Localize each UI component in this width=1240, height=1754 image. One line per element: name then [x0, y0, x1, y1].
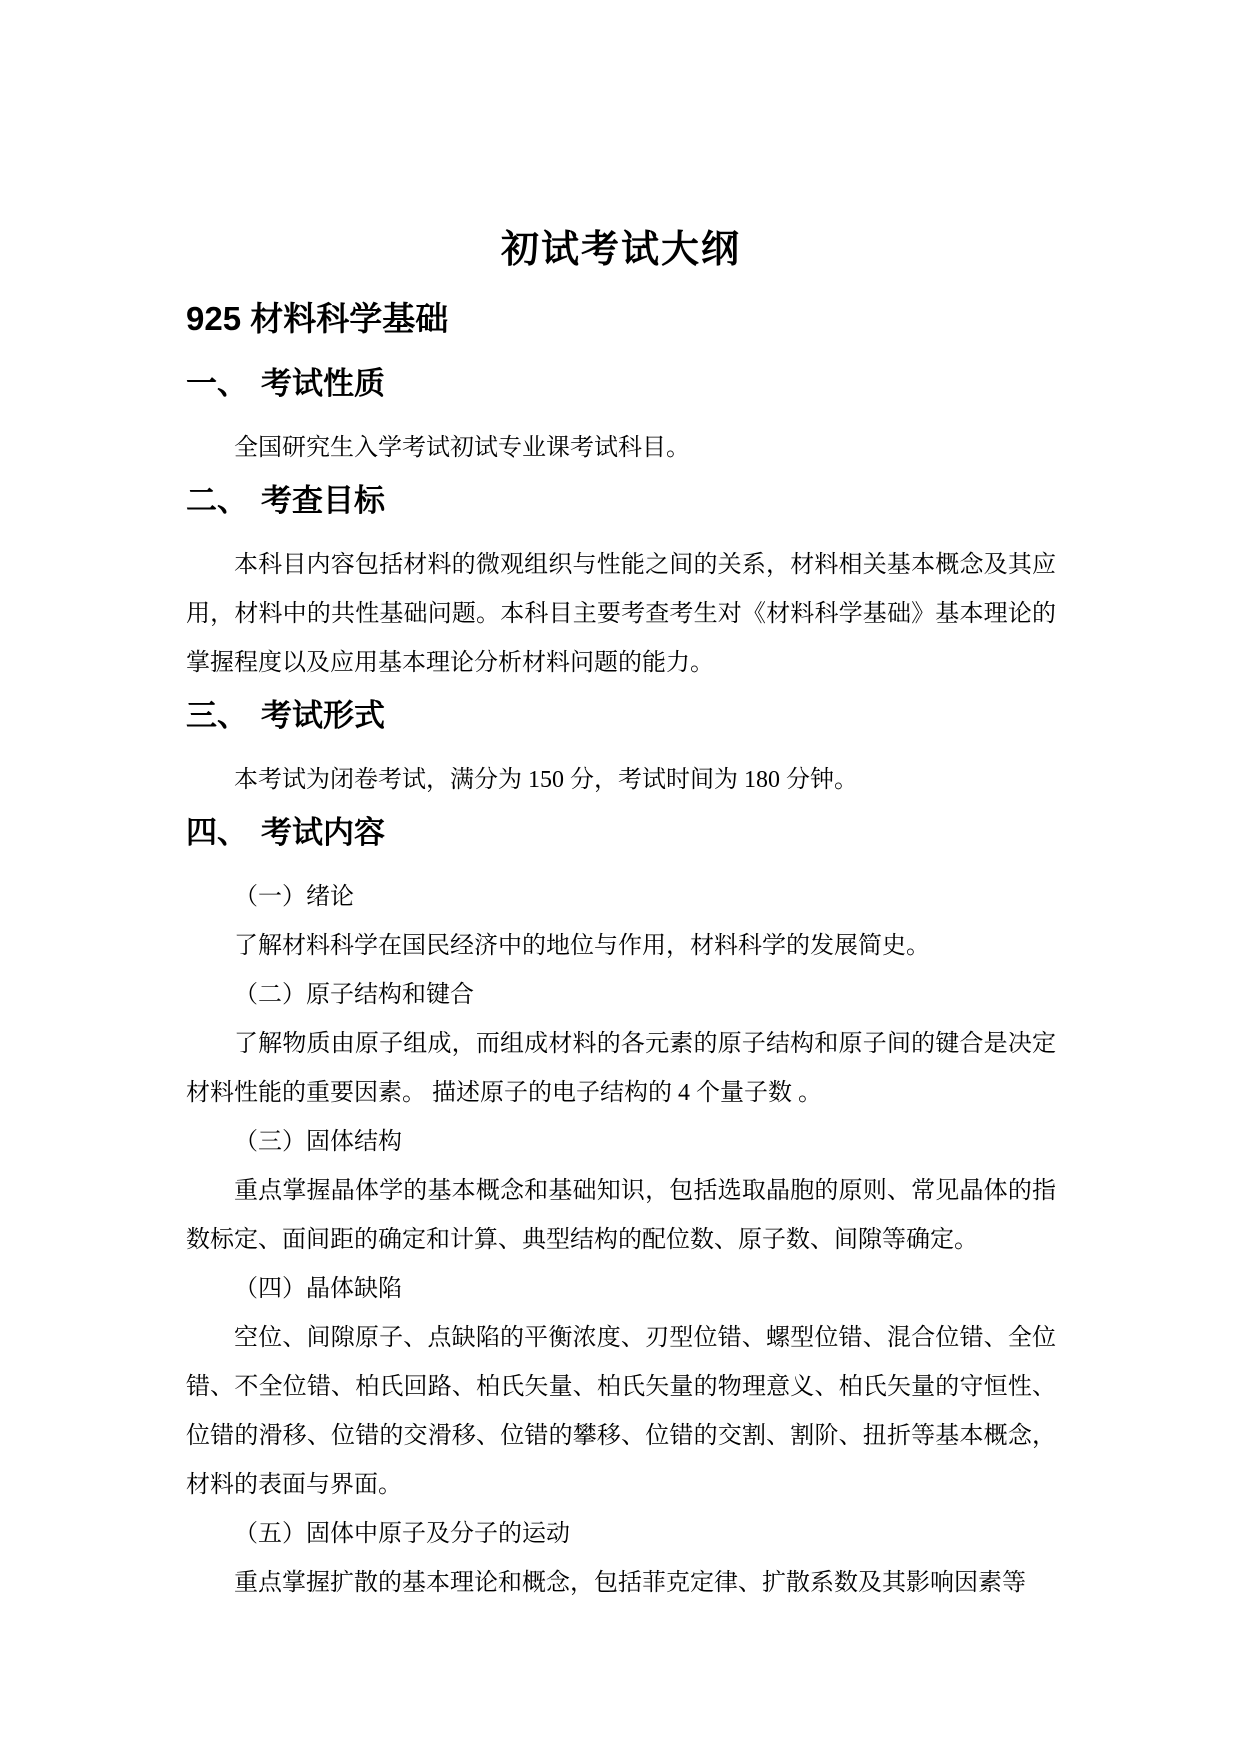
paragraph: 重点掌握扩散的基本理论和概念，包括菲克定律、扩散系数及其影响因素等 [186, 1559, 1056, 1608]
section-heading-4: 四、考试内容 [186, 815, 1056, 851]
section-title: 考查目标 [261, 483, 385, 518]
section-number: 一、 [186, 366, 248, 401]
document-title: 初试考试大纲 [186, 228, 1056, 272]
document-content: 初试考试大纲 925 材料科学基础 一、考试性质 全国研究生入学考试初试专业课考… [0, 0, 1240, 1608]
subject-heading: 925 材料科学基础 [186, 300, 1056, 338]
section-title: 考试性质 [261, 366, 385, 401]
paragraph: 本科目内容包括材料的微观组织与性能之间的关系，材料相关基本概念及其应用，材料中的… [186, 541, 1056, 688]
subsection-heading-3: （三）固体结构 [186, 1118, 1056, 1167]
section-heading-1: 一、考试性质 [186, 366, 1056, 402]
subsection-heading-5: （五）固体中原子及分子的运动 [186, 1510, 1056, 1559]
paragraph: 了解物质由原子组成，而组成材料的各元素的原子结构和原子间的键合是决定材料性能的重… [186, 1020, 1056, 1118]
section-heading-3: 三、考试形式 [186, 698, 1056, 734]
paragraph: 全国研究生入学考试初试专业课考试科目。 [186, 424, 1056, 473]
document-page: 初试考试大纲 925 材料科学基础 一、考试性质 全国研究生入学考试初试专业课考… [0, 0, 1240, 1754]
section-number: 三、 [186, 698, 248, 733]
section-number: 四、 [186, 815, 248, 850]
subsection-heading-1: （一）绪论 [186, 873, 1056, 922]
paragraph: 重点掌握晶体学的基本概念和基础知识，包括选取晶胞的原则、常见晶体的指数标定、面间… [186, 1167, 1056, 1265]
section-title: 考试形式 [261, 698, 385, 733]
paragraph: 本考试为闭卷考试，满分为 150 分，考试时间为 180 分钟。 [186, 756, 1056, 805]
paragraph: 空位、间隙原子、点缺陷的平衡浓度、刃型位错、螺型位错、混合位错、全位错、不全位错… [186, 1314, 1056, 1510]
section-title: 考试内容 [261, 815, 385, 850]
subsection-heading-4: （四）晶体缺陷 [186, 1265, 1056, 1314]
paragraph: 了解材料科学在国民经济中的地位与作用，材料科学的发展简史。 [186, 922, 1056, 971]
subsection-heading-2: （二）原子结构和键合 [186, 971, 1056, 1020]
section-number: 二、 [186, 483, 248, 518]
section-heading-2: 二、考查目标 [186, 483, 1056, 519]
